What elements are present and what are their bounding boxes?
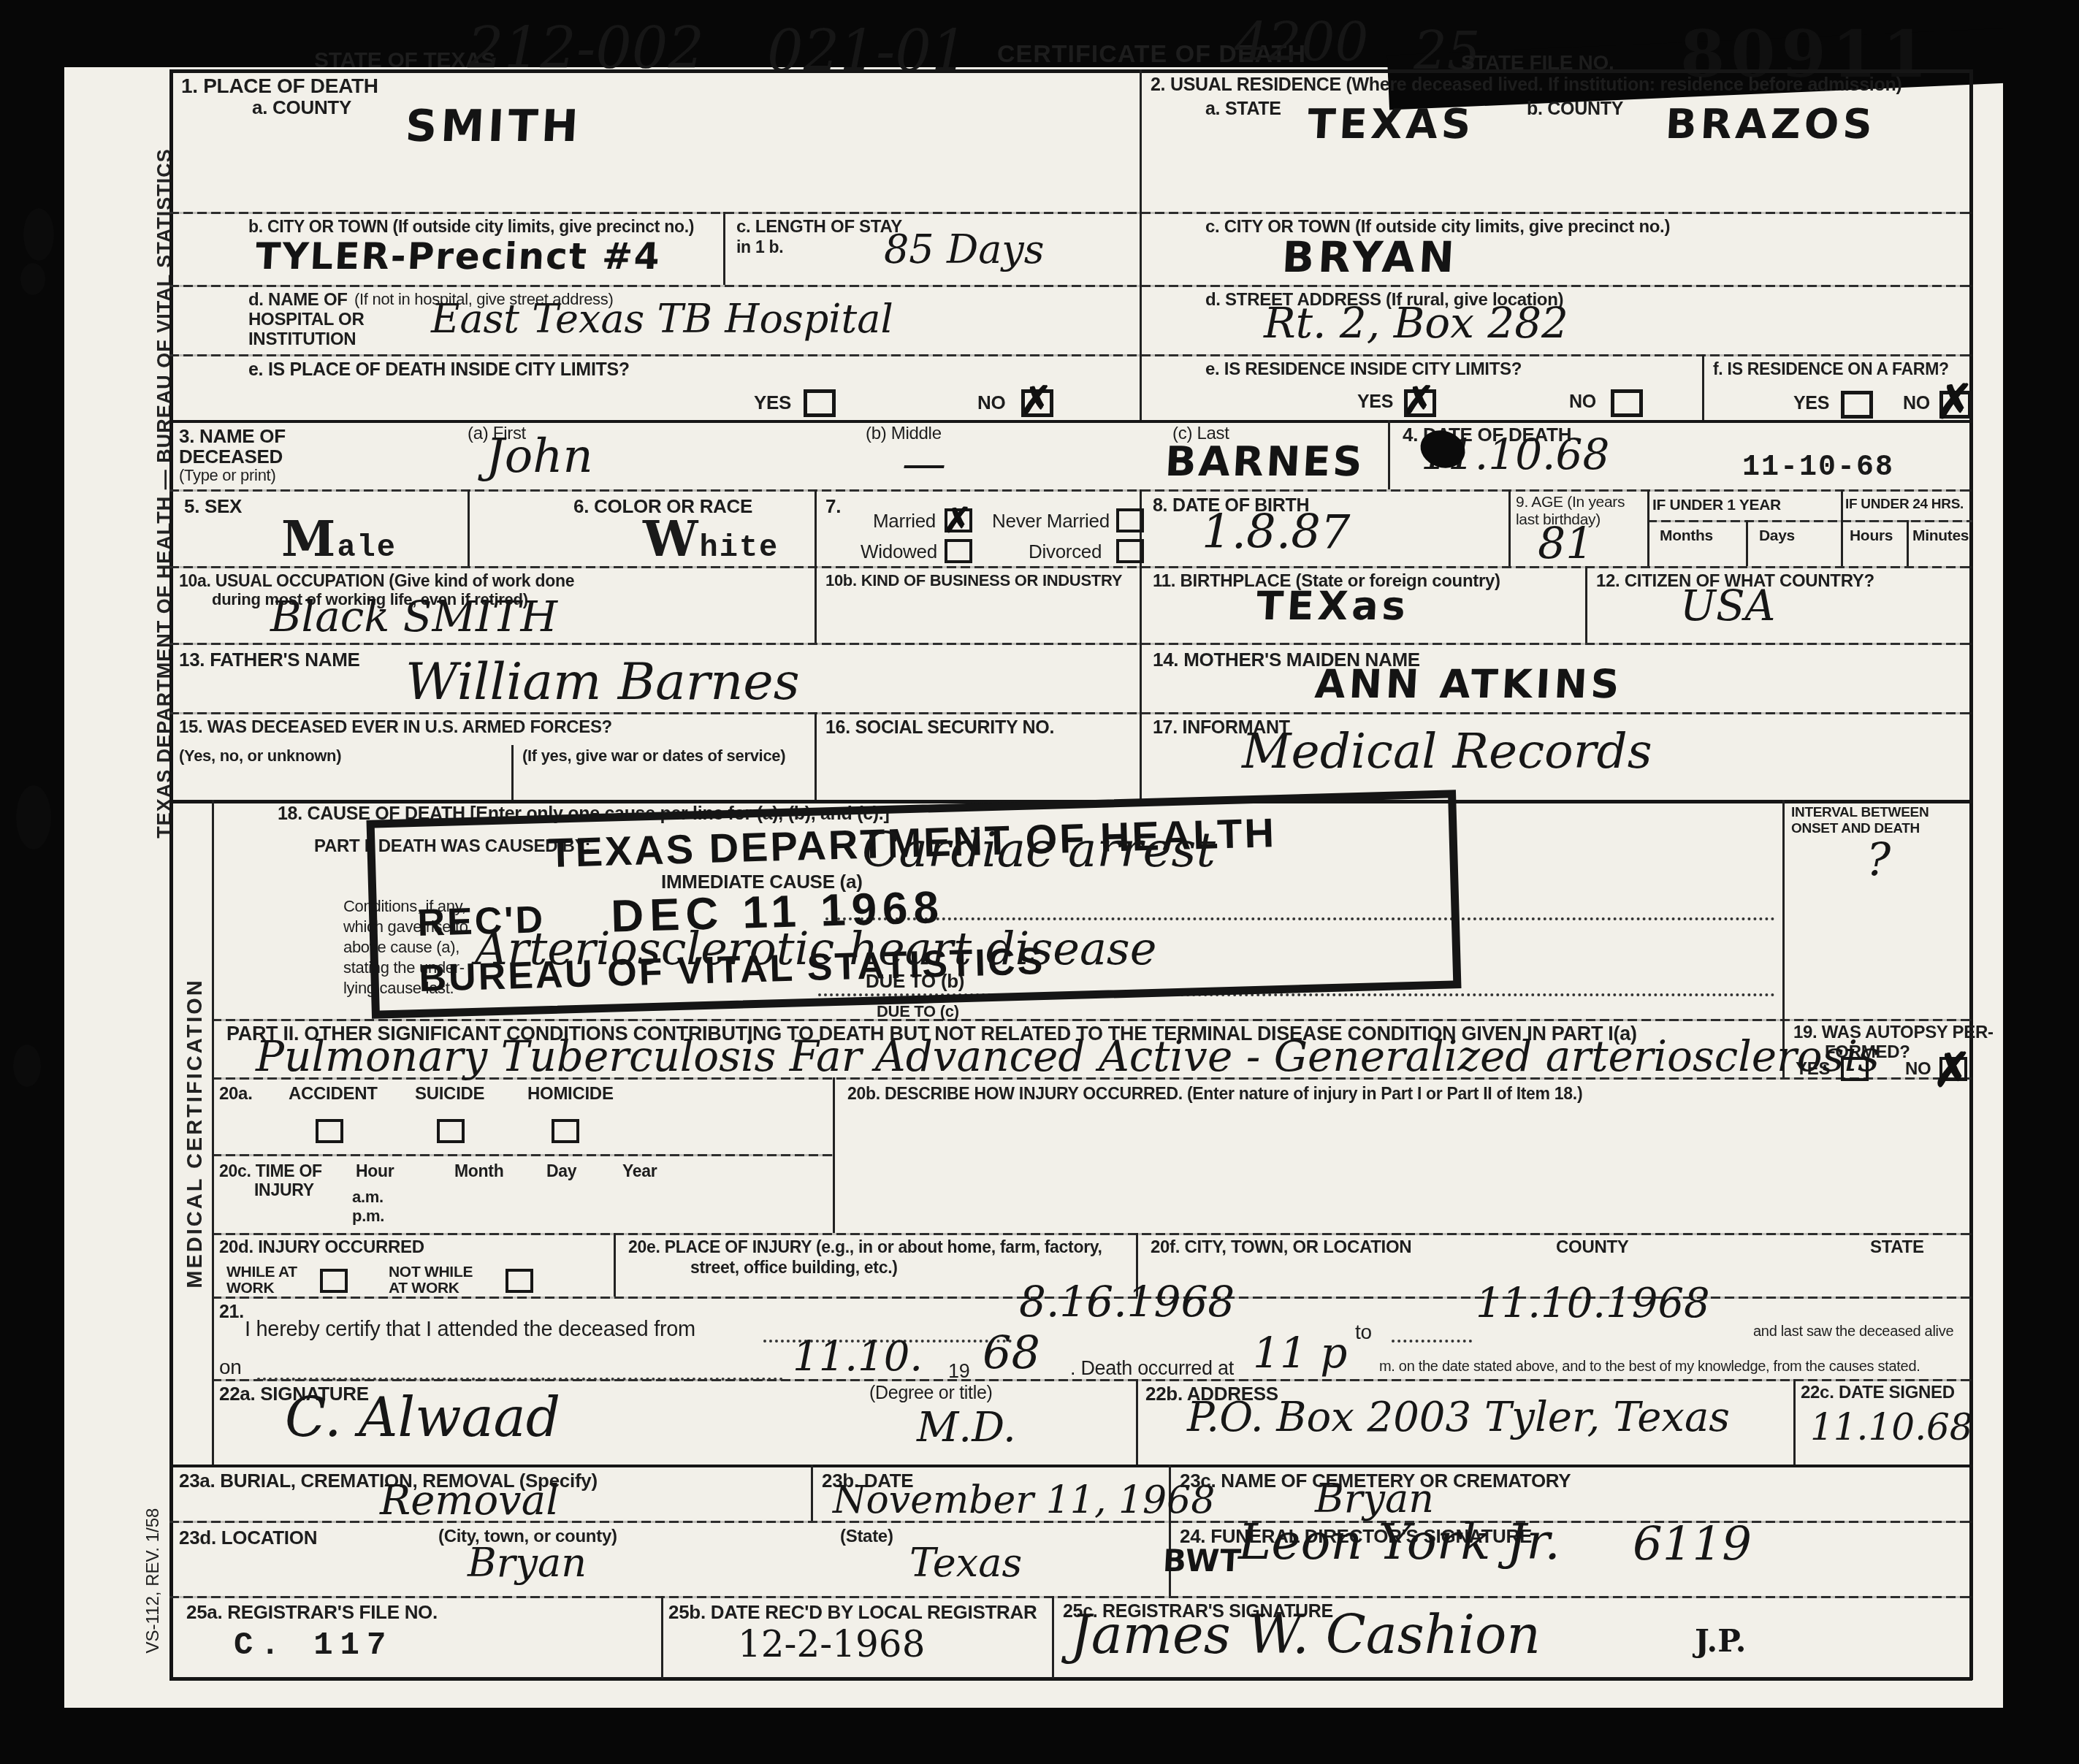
field-7-widowed-checkbox	[945, 539, 972, 563]
field-22a-degree-value: M.D.	[917, 1404, 1016, 1451]
form-code-vertical-text: VS-112, REV. 1/58	[143, 1486, 164, 1676]
field-10b-industry-label: 10b. KIND OF BUSINESS OR INDUSTRY	[825, 571, 1122, 590]
field-1d-hospital-label-1: d. NAME OF	[248, 290, 348, 310]
field-3b-middle-value: —	[902, 438, 946, 489]
field-23d-state-value: Texas	[909, 1540, 1022, 1586]
rule	[257, 1378, 783, 1381]
rule	[212, 1019, 1972, 1021]
field-19-no-checkbox: ✗	[1939, 1057, 1967, 1081]
field-7-never-married-checkbox	[1116, 508, 1144, 532]
field-20c-label-1: 20c. TIME OF	[219, 1161, 322, 1181]
field-10a-occupation-value: Black SMITH	[270, 592, 557, 641]
field-20c-pm-label: p.m.	[352, 1207, 384, 1226]
field-20d-while-label-2: WORK	[226, 1280, 274, 1297]
rule	[1140, 712, 1142, 800]
field-15-sub-1: (Yes, no, or unknown)	[179, 747, 341, 765]
field-2a-state-value: TEXAS	[1306, 101, 1476, 148]
field-20d-label: 20d. INJURY OCCURRED	[219, 1237, 424, 1258]
rule	[1746, 520, 1748, 566]
field-20d-while-checkbox	[320, 1269, 348, 1293]
field-25b-date-recd-label: 25b. DATE REC'D BY LOCAL REGISTRAR	[668, 1601, 1037, 1624]
part-2-value: Pulmonary Tuberculosis Far Advanced Acti…	[256, 1031, 1880, 1081]
field-18-due-to-c-label: DUE TO (c)	[877, 1002, 959, 1021]
field-1b-city-label: b. CITY OR TOWN (If outside city limits,…	[248, 217, 694, 237]
field-9-age-value: 81	[1538, 519, 1593, 570]
field-21-text-4: on	[219, 1356, 242, 1379]
rule	[1140, 566, 1142, 643]
field-1c-stay-value: 85 Days	[884, 226, 1045, 272]
field-2e-yes-label: YES	[1357, 392, 1393, 413]
rule	[1508, 489, 1511, 566]
field-20f-state-label: STATE	[1870, 1237, 1924, 1258]
field-20c-day-label: Day	[546, 1161, 576, 1181]
field-2e-yes-checkbox: ✗	[1404, 389, 1436, 417]
field-1e-no-checkbox: ✗	[1021, 389, 1053, 417]
field-21-text-6: m. on the date stated above, and to the …	[1379, 1359, 1920, 1375]
field-2f-yes-checkbox	[1841, 391, 1873, 419]
handwritten-number-4200: 4200	[1235, 12, 1368, 73]
field-20c-hour-label: Hour	[356, 1161, 394, 1181]
field-3a-first-value: John	[486, 429, 593, 484]
field-22c-date-signed-label: 22c. DATE SIGNED	[1801, 1383, 1955, 1403]
form-border-left	[169, 69, 173, 1680]
rule	[212, 800, 214, 1465]
rule	[614, 1233, 616, 1297]
field-21-year-printed: 19	[948, 1360, 969, 1383]
field-25b-date-recd-value: 12-2-1968	[738, 1623, 925, 1665]
rule	[811, 1465, 813, 1521]
field-2-title: 2. USUAL RESIDENCE (Where deceased lived…	[1151, 75, 1901, 96]
field-14-mother-value: ANN ATKINS	[1313, 661, 1624, 707]
field-5-sex-value: Male	[281, 510, 397, 568]
field-minutes-label: Minutes	[1912, 527, 1969, 545]
rule	[1907, 520, 1909, 566]
field-10a-occupation-label-1: 10a. USUAL OCCUPATION (Give kind of work…	[179, 571, 574, 591]
field-2e-no-checkbox	[1611, 389, 1643, 417]
field-2e-citylimits-label: e. IS RESIDENCE INSIDE CITY LIMITS?	[1205, 359, 1522, 380]
field-3-title-1: 3. NAME OF	[179, 425, 286, 448]
field-2d-street-value: Rt. 2, Box 282	[1264, 298, 1568, 348]
field-1d-hospital-label-2: HOSPITAL OR	[248, 310, 365, 330]
field-20c-month-label: Month	[454, 1161, 503, 1181]
field-24-prefix: BWT	[1162, 1543, 1243, 1578]
field-25c-registrar-signature-value: James W. Cashion	[1070, 1604, 1541, 1665]
rule	[833, 1077, 835, 1233]
field-20e-label-2: street, office building, etc.)	[690, 1258, 898, 1278]
field-21-text-5: . Death occurred at	[1070, 1357, 1234, 1380]
field-12-citizen-value: USA	[1680, 581, 1776, 630]
rule	[1647, 489, 1649, 566]
field-20a-label: 20a.	[219, 1084, 253, 1104]
field-1d-hospital-label-3: INSTITUTION	[248, 329, 356, 350]
field-25a-file-no-label: 25a. REGISTRAR'S FILE NO.	[186, 1601, 438, 1624]
field-21-text-2: to	[1355, 1321, 1372, 1344]
field-8-dob-value: 1.8.87	[1202, 505, 1351, 560]
field-5-sex-label: 5. SEX	[184, 495, 242, 518]
field-18-cause-a-value: Cardiac arrest	[862, 822, 1216, 878]
rule	[1140, 69, 1142, 420]
field-2a-state-label: a. STATE	[1205, 99, 1281, 120]
field-20a-homicide-label: HOMICIDE	[527, 1084, 614, 1104]
rule	[169, 489, 1972, 492]
field-1e-no-mark: ✗	[1020, 381, 1052, 419]
field-1a-county-label: a. COUNTY	[252, 96, 351, 119]
field-20c-label-2: INJURY	[254, 1180, 314, 1200]
field-23a-burial-value: Removal	[380, 1477, 559, 1524]
field-20a-suicide-label: SUICIDE	[415, 1084, 484, 1104]
field-1e-yes-label: YES	[754, 392, 791, 414]
field-1-title: 1. PLACE OF DEATH	[181, 75, 378, 98]
field-25c-registrar-title: J.P.	[1695, 1623, 1747, 1659]
field-18-cause-b-value: Arteriosclerotic heart disease	[475, 922, 1156, 975]
field-20e-label-1: 20e. PLACE OF INJURY (e.g., in or about …	[628, 1237, 1102, 1257]
rule	[661, 1596, 663, 1679]
field-2f-no-label: NO	[1903, 393, 1930, 414]
field-20a-accident-checkbox	[316, 1119, 343, 1143]
rule	[169, 212, 1972, 214]
field-hours-label: Hours	[1850, 527, 1893, 545]
rule	[723, 212, 725, 285]
rule	[169, 566, 1972, 568]
field-25a-file-no-value: C. 117	[234, 1627, 393, 1664]
field-4-date-of-death-typed: 11-10-68	[1742, 451, 1894, 484]
rule	[1388, 420, 1390, 489]
field-11-birthplace-value: TEXas	[1255, 583, 1410, 629]
field-20f-label: 20f. CITY, TOWN, OR LOCATION	[1151, 1237, 1411, 1258]
field-2f-farm-label: f. IS RESIDENCE ON A FARM?	[1713, 359, 1949, 379]
rule	[815, 566, 817, 643]
field-13-father-value: William Barnes	[405, 652, 800, 711]
field-2b-county-value: BRAZOS	[1664, 101, 1877, 148]
rule	[169, 420, 1972, 423]
field-20b-label: 20b. DESCRIBE HOW INJURY OCCURRED. (Ente…	[847, 1084, 1582, 1104]
scan-blob	[13, 1045, 41, 1087]
field-21-to-value: 11.10.1968	[1476, 1280, 1710, 1327]
rule	[1052, 1596, 1054, 1679]
field-20f-county-label: COUNTY	[1556, 1237, 1629, 1258]
field-23b-date-value: November 11, 1968	[833, 1478, 1215, 1522]
field-days-label: Days	[1759, 527, 1795, 545]
field-2b-county-label: b. COUNTY	[1527, 99, 1623, 120]
field-24-license-number: 6119	[1633, 1518, 1752, 1572]
rule	[815, 489, 817, 566]
rule	[169, 1596, 1972, 1598]
field-7-widowed-label: Widowed	[861, 541, 937, 563]
scan-blob	[16, 785, 51, 849]
rule	[1702, 354, 1704, 420]
field-1d-hospital-value: East Texas TB Hospital	[431, 296, 893, 342]
field-17-informant-value: Medical Records	[1242, 723, 1652, 779]
field-21-text-3: and last saw the deceased alive	[1753, 1324, 1953, 1340]
scan-blob	[23, 208, 54, 261]
scanned-death-certificate: TEXAS DEPARTMENT OF HEALTH — BUREAU OF V…	[0, 0, 2079, 1764]
field-22b-address-value: P.O. Box 2003 Tyler, Texas	[1187, 1394, 1730, 1441]
scan-black-band-bottom	[0, 1708, 2079, 1764]
field-2f-no-mark: ✗	[1934, 378, 1974, 425]
field-6-race-value: White	[643, 510, 779, 568]
rule	[815, 712, 817, 800]
interval-value: ?	[1866, 833, 1891, 886]
field-7-never-married-label: Never Married	[992, 510, 1110, 532]
field-1a-county-value: SMITH	[404, 101, 583, 152]
field-2e-yes-mark: ✗	[1403, 381, 1435, 419]
medical-certification-vertical-text: MEDICAL CERTIFICATION	[183, 838, 207, 1429]
field-13-father-label: 13. FATHER'S NAME	[179, 649, 360, 671]
field-22a-degree-label: (Degree or title)	[869, 1383, 993, 1404]
field-months-label: Months	[1660, 527, 1713, 545]
field-20a-suicide-checkbox	[437, 1119, 465, 1143]
field-23d-city-value: Bryan	[468, 1540, 587, 1586]
field-23d-location-label: 23d. LOCATION	[179, 1527, 317, 1549]
field-21-from-value: 8.16.1968	[1019, 1277, 1235, 1326]
field-20d-not-while-label-2: AT WORK	[389, 1280, 459, 1297]
field-15-sub-2: (If yes, give war or dates of service)	[522, 747, 785, 765]
field-16-ssn-label: 16. SOCIAL SECURITY NO.	[825, 717, 1054, 738]
field-3c-last-value: BARNES	[1164, 438, 1365, 486]
field-7-married-label: Married	[873, 510, 936, 532]
form-border-bottom	[169, 1677, 1972, 1681]
field-20c-am-label: a.m.	[352, 1188, 384, 1207]
field-under-24-hrs-label: IF UNDER 24 HRS.	[1845, 497, 1964, 513]
rule	[1841, 489, 1843, 566]
rule	[1647, 520, 1972, 522]
field-under-1-year-label: IF UNDER 1 YEAR	[1652, 497, 1781, 514]
field-2c-city-value: BRYAN	[1281, 232, 1459, 282]
rule	[1140, 643, 1142, 712]
field-1b-city-value: TYLER-Precinct #4	[254, 235, 662, 278]
field-19-no-label: NO	[1905, 1059, 1931, 1080]
rule	[1136, 1379, 1138, 1465]
rule	[169, 643, 1972, 645]
rule	[511, 745, 514, 800]
field-20a-homicide-checkbox	[552, 1119, 579, 1143]
rule	[1585, 566, 1587, 643]
field-7-divorced-label: Divorced	[1029, 541, 1102, 563]
scan-blob	[20, 263, 45, 295]
field-21-text-1: I hereby certify that I attended the dec…	[245, 1318, 695, 1342]
field-20a-accident-label: ACCIDENT	[289, 1084, 378, 1104]
field-3-title-2: DECEASED	[179, 446, 283, 468]
handwritten-registration-code-right: 021-01	[767, 19, 968, 85]
field-23d-state-sublabel: (State)	[840, 1527, 893, 1547]
field-24-funeral-director-signature: Leon York Jr.	[1238, 1513, 1560, 1571]
interval-label-1: INTERVAL BETWEEN	[1791, 805, 1929, 821]
field-1c-stay-label: c. LENGTH OF STAY	[736, 217, 902, 237]
field-21-on-year: 68	[983, 1326, 1040, 1379]
rule	[169, 712, 1972, 714]
field-1c-stay-sublabel: in 1 b.	[736, 237, 783, 257]
field-1e-yes-checkbox	[804, 389, 836, 417]
scan-black-band-right	[2003, 0, 2079, 1764]
field-22c-date-signed-value: 11.10.68	[1810, 1406, 1973, 1448]
field-21-time-value: 11 p	[1253, 1328, 1347, 1378]
field-9-age-label-1: 9. AGE (In years	[1516, 494, 1625, 511]
field-20d-while-label-1: WHILE AT	[226, 1264, 297, 1281]
form-border-top	[169, 69, 1972, 73]
field-1e-no-label: NO	[977, 392, 1005, 414]
field-2e-no-label: NO	[1569, 392, 1596, 413]
field-19-no-mark: ✗	[1932, 1047, 1972, 1093]
field-20d-not-while-checkbox	[506, 1269, 533, 1293]
field-20d-not-while-label-1: NOT WHILE	[389, 1264, 473, 1281]
field-7-divorced-checkbox	[1116, 539, 1144, 563]
field-2f-no-checkbox: ✗	[1939, 391, 1972, 419]
field-7-married-checkbox: ✗	[945, 508, 972, 532]
field-7-married-mark: ✗	[943, 503, 972, 536]
field-21-label: 21.	[219, 1302, 244, 1323]
rule	[212, 1233, 1972, 1235]
rule	[169, 1465, 1972, 1467]
rule	[1793, 1379, 1796, 1465]
field-20c-year-label: Year	[622, 1161, 657, 1181]
rule	[212, 1154, 833, 1156]
field-7-label: 7.	[825, 495, 841, 518]
field-1e-citylimits-label: e. IS PLACE OF DEATH INSIDE CITY LIMITS?	[248, 359, 630, 381]
rule	[169, 285, 1972, 287]
field-15-armed-forces-label: 15. WAS DECEASED EVER IN U.S. ARMED FORC…	[179, 717, 612, 738]
field-2f-yes-label: YES	[1793, 393, 1829, 414]
field-21-on-value: 11.10.	[793, 1333, 923, 1381]
field-3-title-3: (Type or print)	[179, 466, 275, 485]
interval-label-2: ONSET AND DEATH	[1791, 821, 1920, 837]
field-22a-signature-value: C. Alwaad	[285, 1386, 560, 1449]
rule	[1392, 1340, 1472, 1343]
rule	[468, 489, 470, 566]
